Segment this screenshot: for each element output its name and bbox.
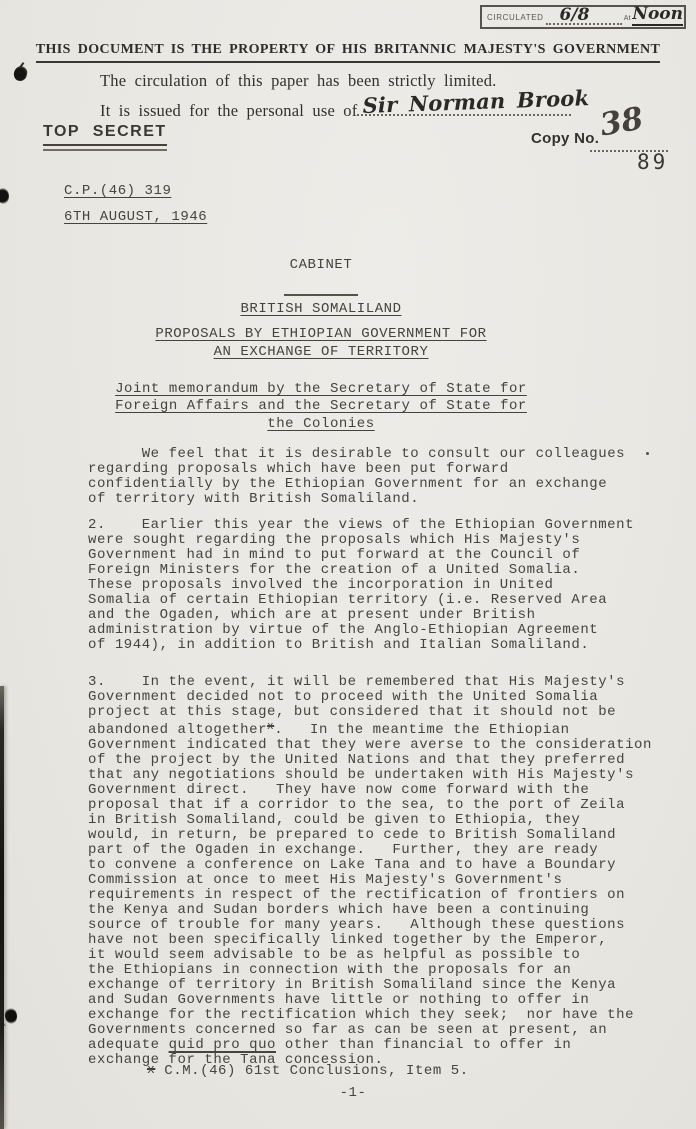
footnote-text: C.M.(46) 61st Conclusions, Item 5. bbox=[155, 1063, 468, 1079]
document-page: CIRCULATED 6/8 At Noon THIS DOCUMENT IS … bbox=[0, 0, 696, 1129]
circulated-time-handwriting: Noon bbox=[632, 4, 683, 26]
cabinet-heading: CABINET bbox=[290, 257, 353, 273]
footnote: x C.M.(46) 61st Conclusions, Item 5. bbox=[147, 1062, 469, 1079]
circulated-label: CIRCULATED bbox=[487, 13, 544, 25]
classification-top-secret: TOP SECRET bbox=[43, 123, 167, 146]
document-date: 6TH AUGUST, 1946 bbox=[64, 210, 207, 225]
circulated-dotted-line: 6/8 bbox=[546, 11, 622, 25]
memo-byline-wrap: Joint memorandum by the Secretary of Sta… bbox=[0, 380, 642, 432]
paragraph-3-text-b: . In the meantime the Ethiopian Governme… bbox=[88, 722, 652, 1053]
page-stamp-89: 89 bbox=[637, 150, 668, 174]
subject-line-1: PROPOSALS BY ETHIOPIAN GOVERNMENT FOR bbox=[155, 326, 486, 342]
circulated-stamp-box: CIRCULATED 6/8 At Noon bbox=[480, 5, 686, 29]
ink-dot-artifact bbox=[646, 452, 649, 455]
paragraph-3: 3. In the event, it will be remembered t… bbox=[88, 675, 674, 1068]
document-reference-text: C.P.(46) 319 bbox=[64, 183, 171, 199]
title-wrap: BRITISH SOMALILAND bbox=[0, 299, 642, 317]
memo-byline-3: the Colonies bbox=[267, 416, 374, 432]
copy-no-handwriting: 38 bbox=[597, 101, 646, 144]
title-british-somaliland: BRITISH SOMALILAND bbox=[240, 301, 401, 317]
ink-blot-top-left bbox=[13, 65, 29, 82]
issued-name-dotted-line: Sir Norman Brook bbox=[357, 100, 571, 116]
subject-line-2: AN EXCHANGE OF TERRITORY bbox=[214, 344, 429, 360]
document-date-text: 6TH AUGUST, 1946 bbox=[64, 209, 207, 225]
subject-wrap: PROPOSALS BY ETHIOPIAN GOVERNMENT FORAN … bbox=[0, 325, 642, 360]
memo-byline-2: Foreign Affairs and the Secretary of Sta… bbox=[115, 398, 527, 414]
cabinet-rule bbox=[284, 294, 358, 296]
quid-pro-quo-underlined: quid pro quo bbox=[169, 1037, 276, 1053]
page-number: -1- bbox=[10, 1086, 696, 1101]
circulation-limited-line: The circulation of this paper has been s… bbox=[100, 71, 496, 91]
document-reference: C.P.(46) 319 bbox=[64, 184, 171, 199]
scan-edge-shadow bbox=[0, 686, 4, 1129]
property-line-wrap: THIS DOCUMENT IS THE PROPERTY OF HIS BRI… bbox=[0, 40, 696, 63]
circulated-date-handwriting: 6/8 bbox=[560, 5, 590, 25]
cabinet-heading-wrap: CABINET bbox=[0, 255, 642, 273]
issued-for-text: It is issued for the personal use of bbox=[100, 101, 357, 120]
issued-for-line: It is issued for the personal use ofSir … bbox=[100, 100, 571, 121]
paragraph-1: We feel that it is desirable to consult … bbox=[88, 447, 674, 507]
memo-byline-1: Joint memorandum by the Secretary of Sta… bbox=[115, 381, 527, 397]
ink-blot-left-margin bbox=[0, 188, 9, 204]
paragraph-2: 2. Earlier this year the views of the Et… bbox=[88, 518, 674, 653]
copy-no-label: Copy No. bbox=[531, 130, 599, 147]
property-line: THIS DOCUMENT IS THE PROPERTY OF HIS BRI… bbox=[36, 42, 660, 63]
